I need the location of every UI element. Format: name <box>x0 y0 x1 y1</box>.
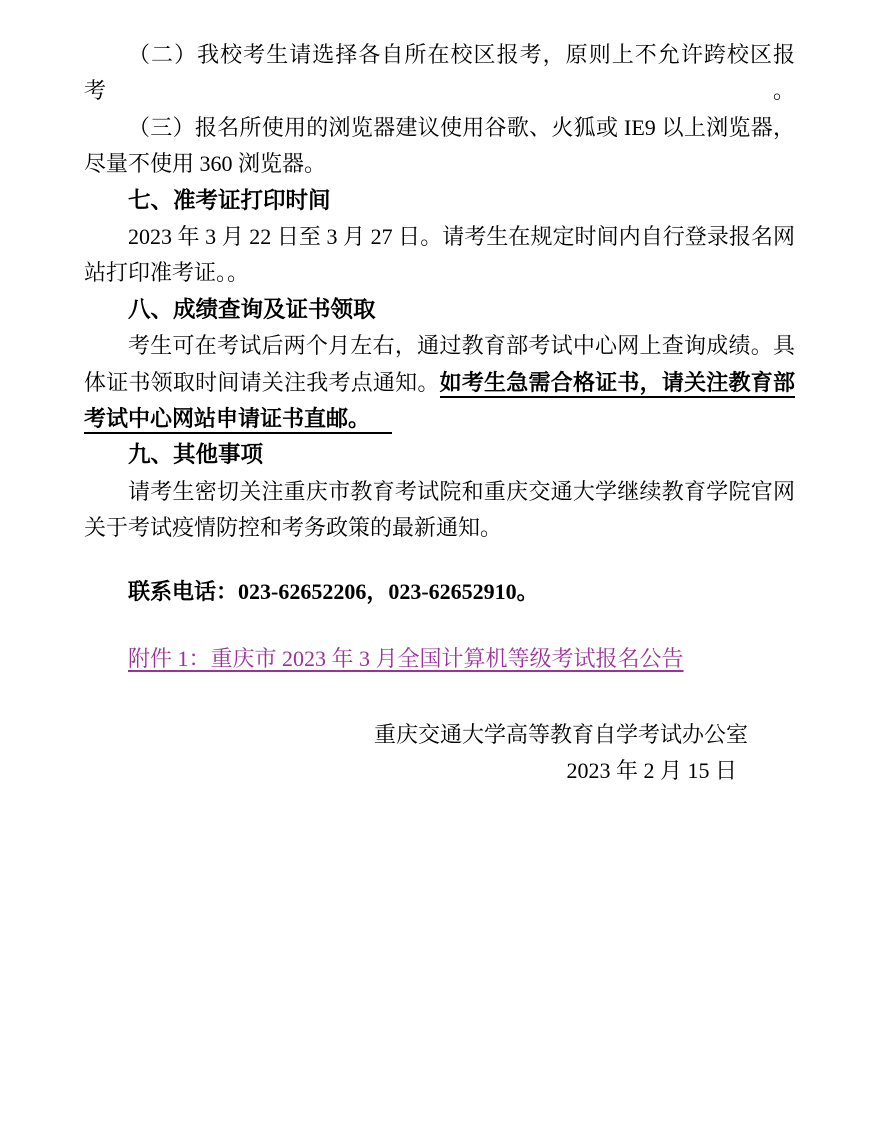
paragraph-print-time-line-1: 2023 年 3 月 22 日至 3 月 27 日。请考生在规定时间内自行登录报… <box>84 219 795 255</box>
paragraph-score-line-1: 考生可在考试后两个月左右，通过教育部考试中心网上查询成绩。具 <box>84 328 795 364</box>
paragraph-notice-line-2: 关于考试疫情防控和考务政策的最新通知。 <box>84 510 795 546</box>
paragraph-score-line-2: 体证书领取时间请关注我考点通知。如考生急需合格证书，请关注教育部 <box>84 365 795 401</box>
paragraph-browser-line-2: 尽量不使用 360 浏览器。 <box>84 146 795 182</box>
contact-phone-label: 联系电话： <box>128 579 238 604</box>
paragraph-notice-line-1: 请考生密切关注重庆市教育考试院和重庆交通大学继续教育学院官网 <box>84 474 795 510</box>
paragraph-score-line-3: 考试中心网站申请证书直邮。 <box>84 401 795 437</box>
document-page: （二）我校考生请选择各自所在校区报考，原则上不允许跨校区报考。 （三）报名所使用… <box>0 0 870 1142</box>
score-line-2-normal-text: 体证书领取时间请关注我考点通知。 <box>84 370 440 395</box>
paragraph-campus: （二）我校考生请选择各自所在校区报考，原则上不允许跨校区报考。 <box>84 37 795 110</box>
contact-phone-row: 联系电话：023-62652206，023-62652910。 <box>84 574 795 610</box>
score-line-2-emphasis-text: 如考生急需合格证书，请关注教育部 <box>440 370 795 398</box>
paragraph-browser-line-1: （三）报名所使用的浏览器建议使用谷歌、火狐或 IE9 以上浏览器， <box>84 110 795 146</box>
section-heading-9: 九、其他事项 <box>84 437 795 473</box>
signature-organization: 重庆交通大学高等教育自学考试办公室 <box>84 717 795 753</box>
contact-phone-numbers: 023-62652206，023-62652910。 <box>238 579 539 604</box>
signature-date: 2023 年 2 月 15 日 <box>84 753 795 789</box>
document-body: （二）我校考生请选择各自所在校区报考，原则上不允许跨校区报考。 （三）报名所使用… <box>84 37 795 789</box>
attachment-row: 附件 1：重庆市 2023 年 3 月全国计算机等级考试报名公告 <box>84 641 795 677</box>
section-heading-7: 七、准考证打印时间 <box>84 183 795 219</box>
paragraph-print-time-line-2: 站打印准考证。。 <box>84 255 795 291</box>
attachment-link[interactable]: 附件 1：重庆市 2023 年 3 月全国计算机等级考试报名公告 <box>128 646 684 671</box>
section-heading-8: 八、成绩查询及证书领取 <box>84 292 795 328</box>
score-line-3-emphasis-text: 考试中心网站申请证书直邮。 <box>84 406 392 434</box>
